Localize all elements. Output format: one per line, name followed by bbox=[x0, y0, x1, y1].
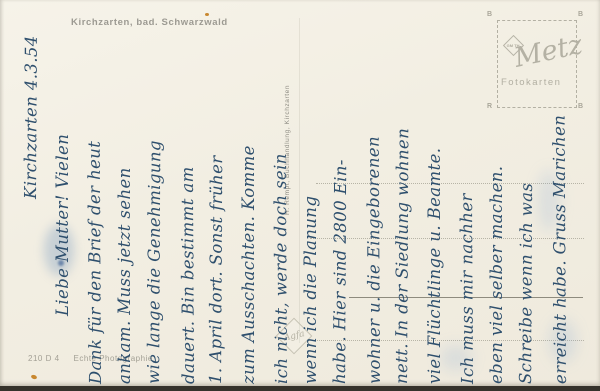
stamp-corner-mark: B bbox=[578, 103, 583, 110]
handwriting-line: dauert. Bin bestimmt am bbox=[171, 12, 204, 384]
handwriting-line: wenn ich die Planung bbox=[295, 12, 326, 384]
handwriting-line: viel Flüchtlinge u. Beamte. bbox=[419, 12, 450, 384]
handwriting-line: Dank für den Brief der heut bbox=[78, 12, 111, 384]
handwriting-line: wohner u. die Eingeborenen bbox=[357, 12, 390, 384]
handwriting-line: Liebe Mutter! Vielen bbox=[47, 12, 78, 384]
handwriting-line-date: Kirchzarten 4.3.54 bbox=[14, 12, 47, 384]
handwriting-line: habe. Hier sind 2800 Ein- bbox=[324, 12, 357, 384]
handwriting-line: wie lange die Genehmigung bbox=[138, 12, 171, 384]
handwriting-line: erreicht habe. Gruss Marichen bbox=[543, 12, 576, 384]
handwriting-line: ankam. Muss jetzt sehen bbox=[109, 12, 140, 384]
stamp-corner-mark: B bbox=[578, 11, 583, 18]
handwriting-line: Schreibe wenn ich was bbox=[510, 12, 543, 384]
handwriting-line: zum Ausschachten. Komme bbox=[233, 12, 264, 384]
handwritten-message: Kirchzarten 4.3.54 Liebe Mutter! Vielen … bbox=[16, 12, 574, 384]
postcard-scan: Kirchzarten, bad. Schwarzwald H. Rempt, … bbox=[0, 0, 600, 386]
handwriting-line: eben viel selber machen. bbox=[481, 12, 512, 384]
handwriting-line: ich nicht, werde doch sein bbox=[264, 12, 297, 384]
handwriting-line: 1. April dort. Sonst früher bbox=[200, 12, 233, 384]
handwriting-line: Ich muss mir nachher bbox=[450, 12, 483, 384]
handwriting-line: nett. In der Siedlung wohnen bbox=[386, 12, 419, 384]
